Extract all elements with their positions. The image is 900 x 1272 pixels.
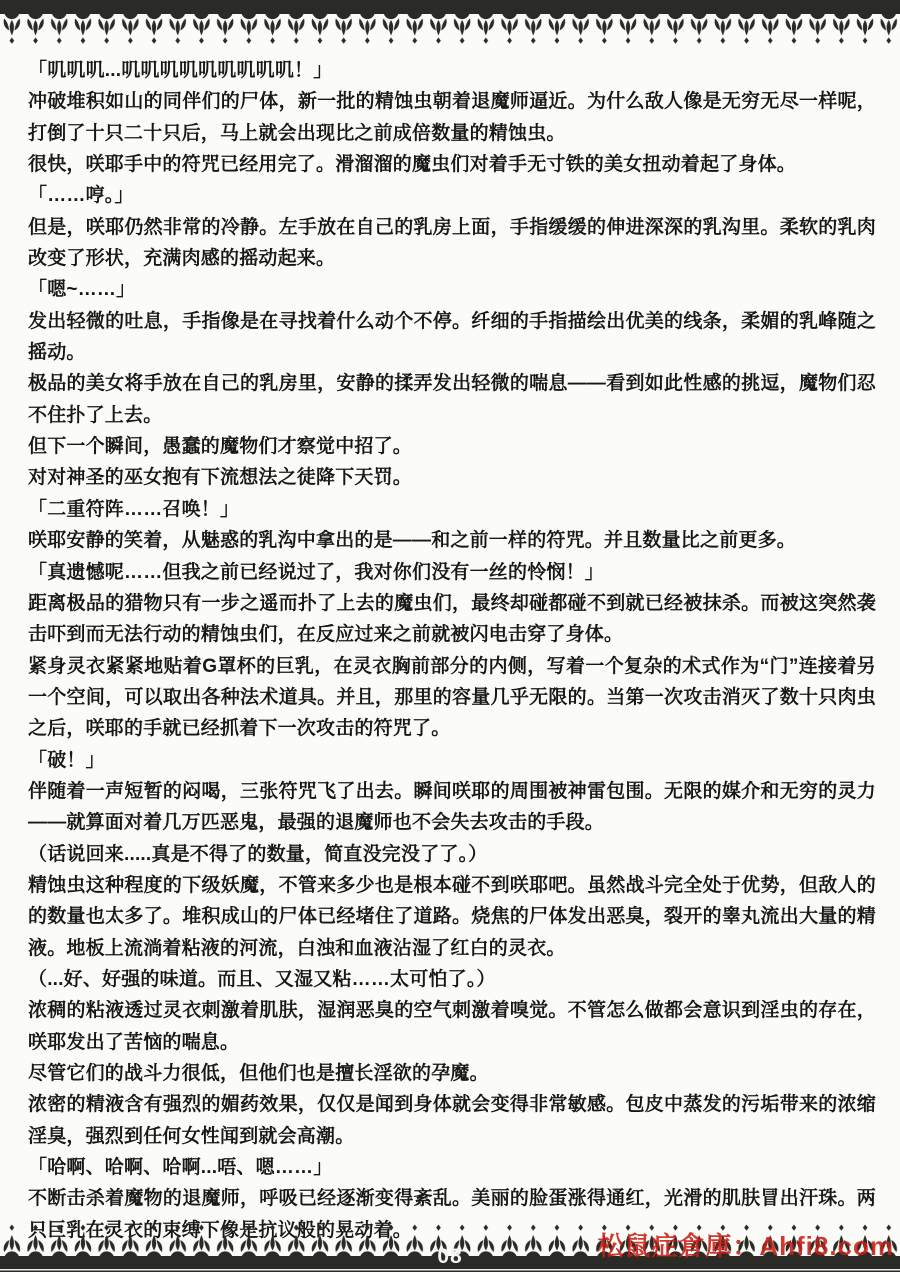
paragraph: （...好、好强的味道。而且、又湿又粘……太可怕了。） — [28, 964, 876, 995]
paragraph: （话说回来.....真是不得了的数量，简直没完没了了。） — [28, 839, 876, 870]
watermark: 松鼠症倉庫：Ahfi8.com — [597, 1226, 894, 1263]
paragraph: 浓密的精液含有强烈的媚药效果，仅仅是闻到身体就会变得非常敏感。包皮中蒸发的污垢带… — [28, 1089, 876, 1152]
paragraph: 精蚀虫这种程度的下级妖魔，不管来多少也是根本碰不到咲耶吧。虽然战斗完全处于优势，… — [28, 870, 876, 964]
paragraph: 「叽叽叽...叽叽叽叽叽叽叽叽叽！」 — [28, 55, 876, 86]
paragraph: 「哈啊、哈啊、哈啊...唔、嗯……」 — [28, 1152, 876, 1183]
paragraph: 发出轻微的吐息，手指像是在寻找着什么动个不停。纤细的手指描绘出优美的线条，柔媚的… — [28, 306, 876, 369]
paragraph: 对对神圣的巫女抱有下流想法之徒降下天罚。 — [28, 462, 876, 493]
paragraph: 冲破堆积如山的同伴们的尸体，新一批的精蚀虫朝着退魔师逼近。为什么敌人像是无穷无尽… — [28, 86, 876, 149]
paragraph: 但下一个瞬间，愚蠢的魔物们才察觉中招了。 — [28, 431, 876, 462]
paragraph: 尽管它们的战斗力很低，但他们也是擅长淫欲的孕魔。 — [28, 1058, 876, 1089]
paragraph: 「……哼。」 — [28, 180, 876, 211]
paragraph: 伴随着一声短暂的闷喝，三张符咒飞了出去。瞬间咲耶的周围被神雷包围。无限的媒介和无… — [28, 776, 876, 839]
paragraph: 「嗯~……」 — [28, 274, 876, 305]
document-page: 「叽叽叽...叽叽叽叽叽叽叽叽叽！」 冲破堆积如山的同伴们的尸体，新一批的精蚀虫… — [0, 0, 900, 1272]
fleur-de-lis-top-border-icon — [0, 0, 900, 48]
paragraph: 「破！」 — [28, 745, 876, 776]
paragraph: 但是，咲耶仍然非常的冷静。左手放在自己的乳房上面，手指缓缓的伸进深深的乳沟里。柔… — [28, 212, 876, 275]
paragraph: 极品的美女将手放在自己的乳房里，安静的揉弄发出轻微的喘息——看到如此性感的挑逗，… — [28, 368, 876, 431]
paragraph: 「真遗憾呢……但我之前已经说过了，我对你们没有一丝的怜悯！」 — [28, 557, 876, 588]
paragraph: 咲耶安静的笑着，从魅惑的乳沟中拿出的是——和之前一样的符咒。并且数量比之前更多。 — [28, 525, 876, 556]
paragraph: 「二重符阵……召唤！」 — [28, 494, 876, 525]
paragraph: 紧身灵衣紧紧地贴着G罩杯的巨乳，在灵衣胸前部分的内侧，写着一个复杂的术式作为“门… — [28, 651, 876, 745]
story-text: 「叽叽叽...叽叽叽叽叽叽叽叽叽！」 冲破堆积如山的同伴们的尸体，新一批的精蚀虫… — [28, 55, 876, 1246]
paragraph: 浓稠的粘液透过灵衣刺激着肌肤，湿润恶臭的空气刺激着嗅觉。不管怎么做都会意识到淫虫… — [28, 995, 876, 1058]
paragraph: 很快，咲耶手中的符咒已经用完了。滑溜溜的魔虫们对着手无寸铁的美女扭动着起了身体。 — [28, 149, 876, 180]
paragraph: 距离极品的猎物只有一步之遥而扑了上去的魔虫们，最终却碰都碰不到就已经被抹杀。而被… — [28, 588, 876, 651]
